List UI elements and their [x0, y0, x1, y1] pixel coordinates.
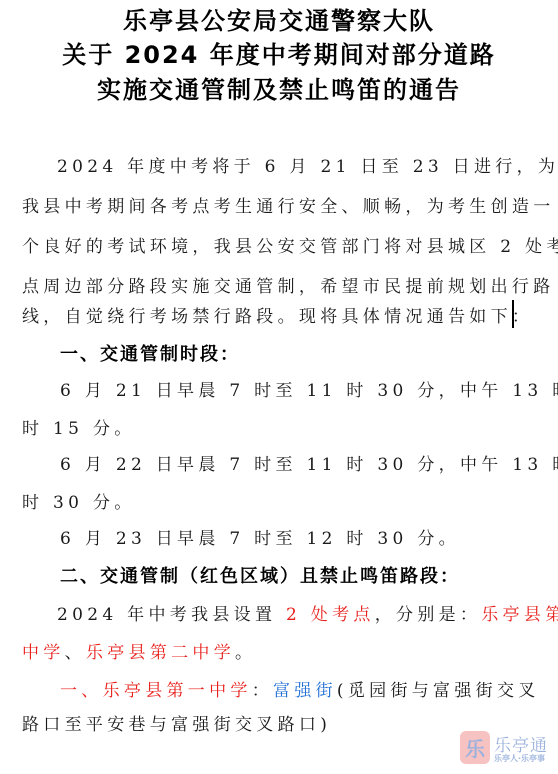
section1-line-3: 6 月 22 日早晨 7 时至 11 时 30 分，中午 13 时至 16: [60, 454, 558, 476]
title-line-2: 关于 2024 年度中考期间对部分道路: [0, 40, 558, 70]
intro-line-5: 线，自觉绕行考场禁行路段。现将具体情况通告如下：: [22, 306, 542, 328]
title-line-1: 乐亭县公安局交通警察大队: [0, 6, 558, 36]
exam-site-count: 2 处考点: [286, 605, 375, 625]
title-line-3: 实施交通管制及禁止鸣笛的通告: [0, 75, 558, 105]
section1-line-1: 6 月 21 日早晨 7 时至 11 时 30 分，中午 13 时至 19: [60, 380, 558, 402]
colon: ：: [252, 681, 273, 701]
section2-heading: 二、交通管制（红色区域）且禁止鸣笛路段：: [60, 566, 558, 588]
section2-para-line-2: 中学、乐亭县第二中学。: [22, 642, 542, 664]
separator: 、: [65, 643, 86, 663]
text-cursor: [512, 300, 514, 328]
street-name: 富强街: [273, 681, 337, 701]
intro-line-3: 个良好的考试环境，我县公安交管部门将对县城区 2 处考: [22, 236, 542, 258]
school-label: 一、乐亭县第一中学: [60, 681, 252, 701]
section1-line-5: 6 月 23 日早晨 7 时至 12 时 30 分。: [60, 528, 558, 550]
watermark-logo: 乐 乐亭通 乐亭人·乐亭事: [460, 731, 556, 767]
section1-heading: 一、交通管制时段：: [60, 344, 558, 366]
intro-line-4: 点周边部分路段实施交通管制，希望市民提前规划出行路: [22, 276, 542, 298]
school-name: 中学: [22, 643, 65, 663]
intro-line-2: 我县中考期间各考点考生通行安全、顺畅，为考生创造一: [22, 196, 542, 218]
logo-slogan: 乐亭人·乐亭事: [494, 753, 545, 764]
street-range: (觅园街与富强街交叉: [337, 681, 540, 701]
section2-para-line-1: 2024 年中考我县设置 2 处考点，分别是：乐亭县第一: [57, 604, 558, 626]
para-text: 2024 年中考我县设置: [57, 605, 286, 625]
section1-line-4: 时 30 分。: [22, 492, 542, 514]
school-name: 乐亭县第一: [481, 605, 558, 625]
school-name: 乐亭县第二中学: [86, 643, 235, 663]
period: 。: [235, 643, 256, 663]
logo-badge-icon: 乐: [460, 731, 490, 764]
section2-item1-line-1: 一、乐亭县第一中学：富强街(觅园街与富强街交叉: [60, 680, 558, 702]
section1-line-2: 时 15 分。: [22, 418, 542, 440]
intro-line-1: 2024 年度中考将于 6 月 21 日至 23 日进行，为确保: [57, 156, 558, 178]
para-text: ，分别是：: [375, 605, 482, 625]
